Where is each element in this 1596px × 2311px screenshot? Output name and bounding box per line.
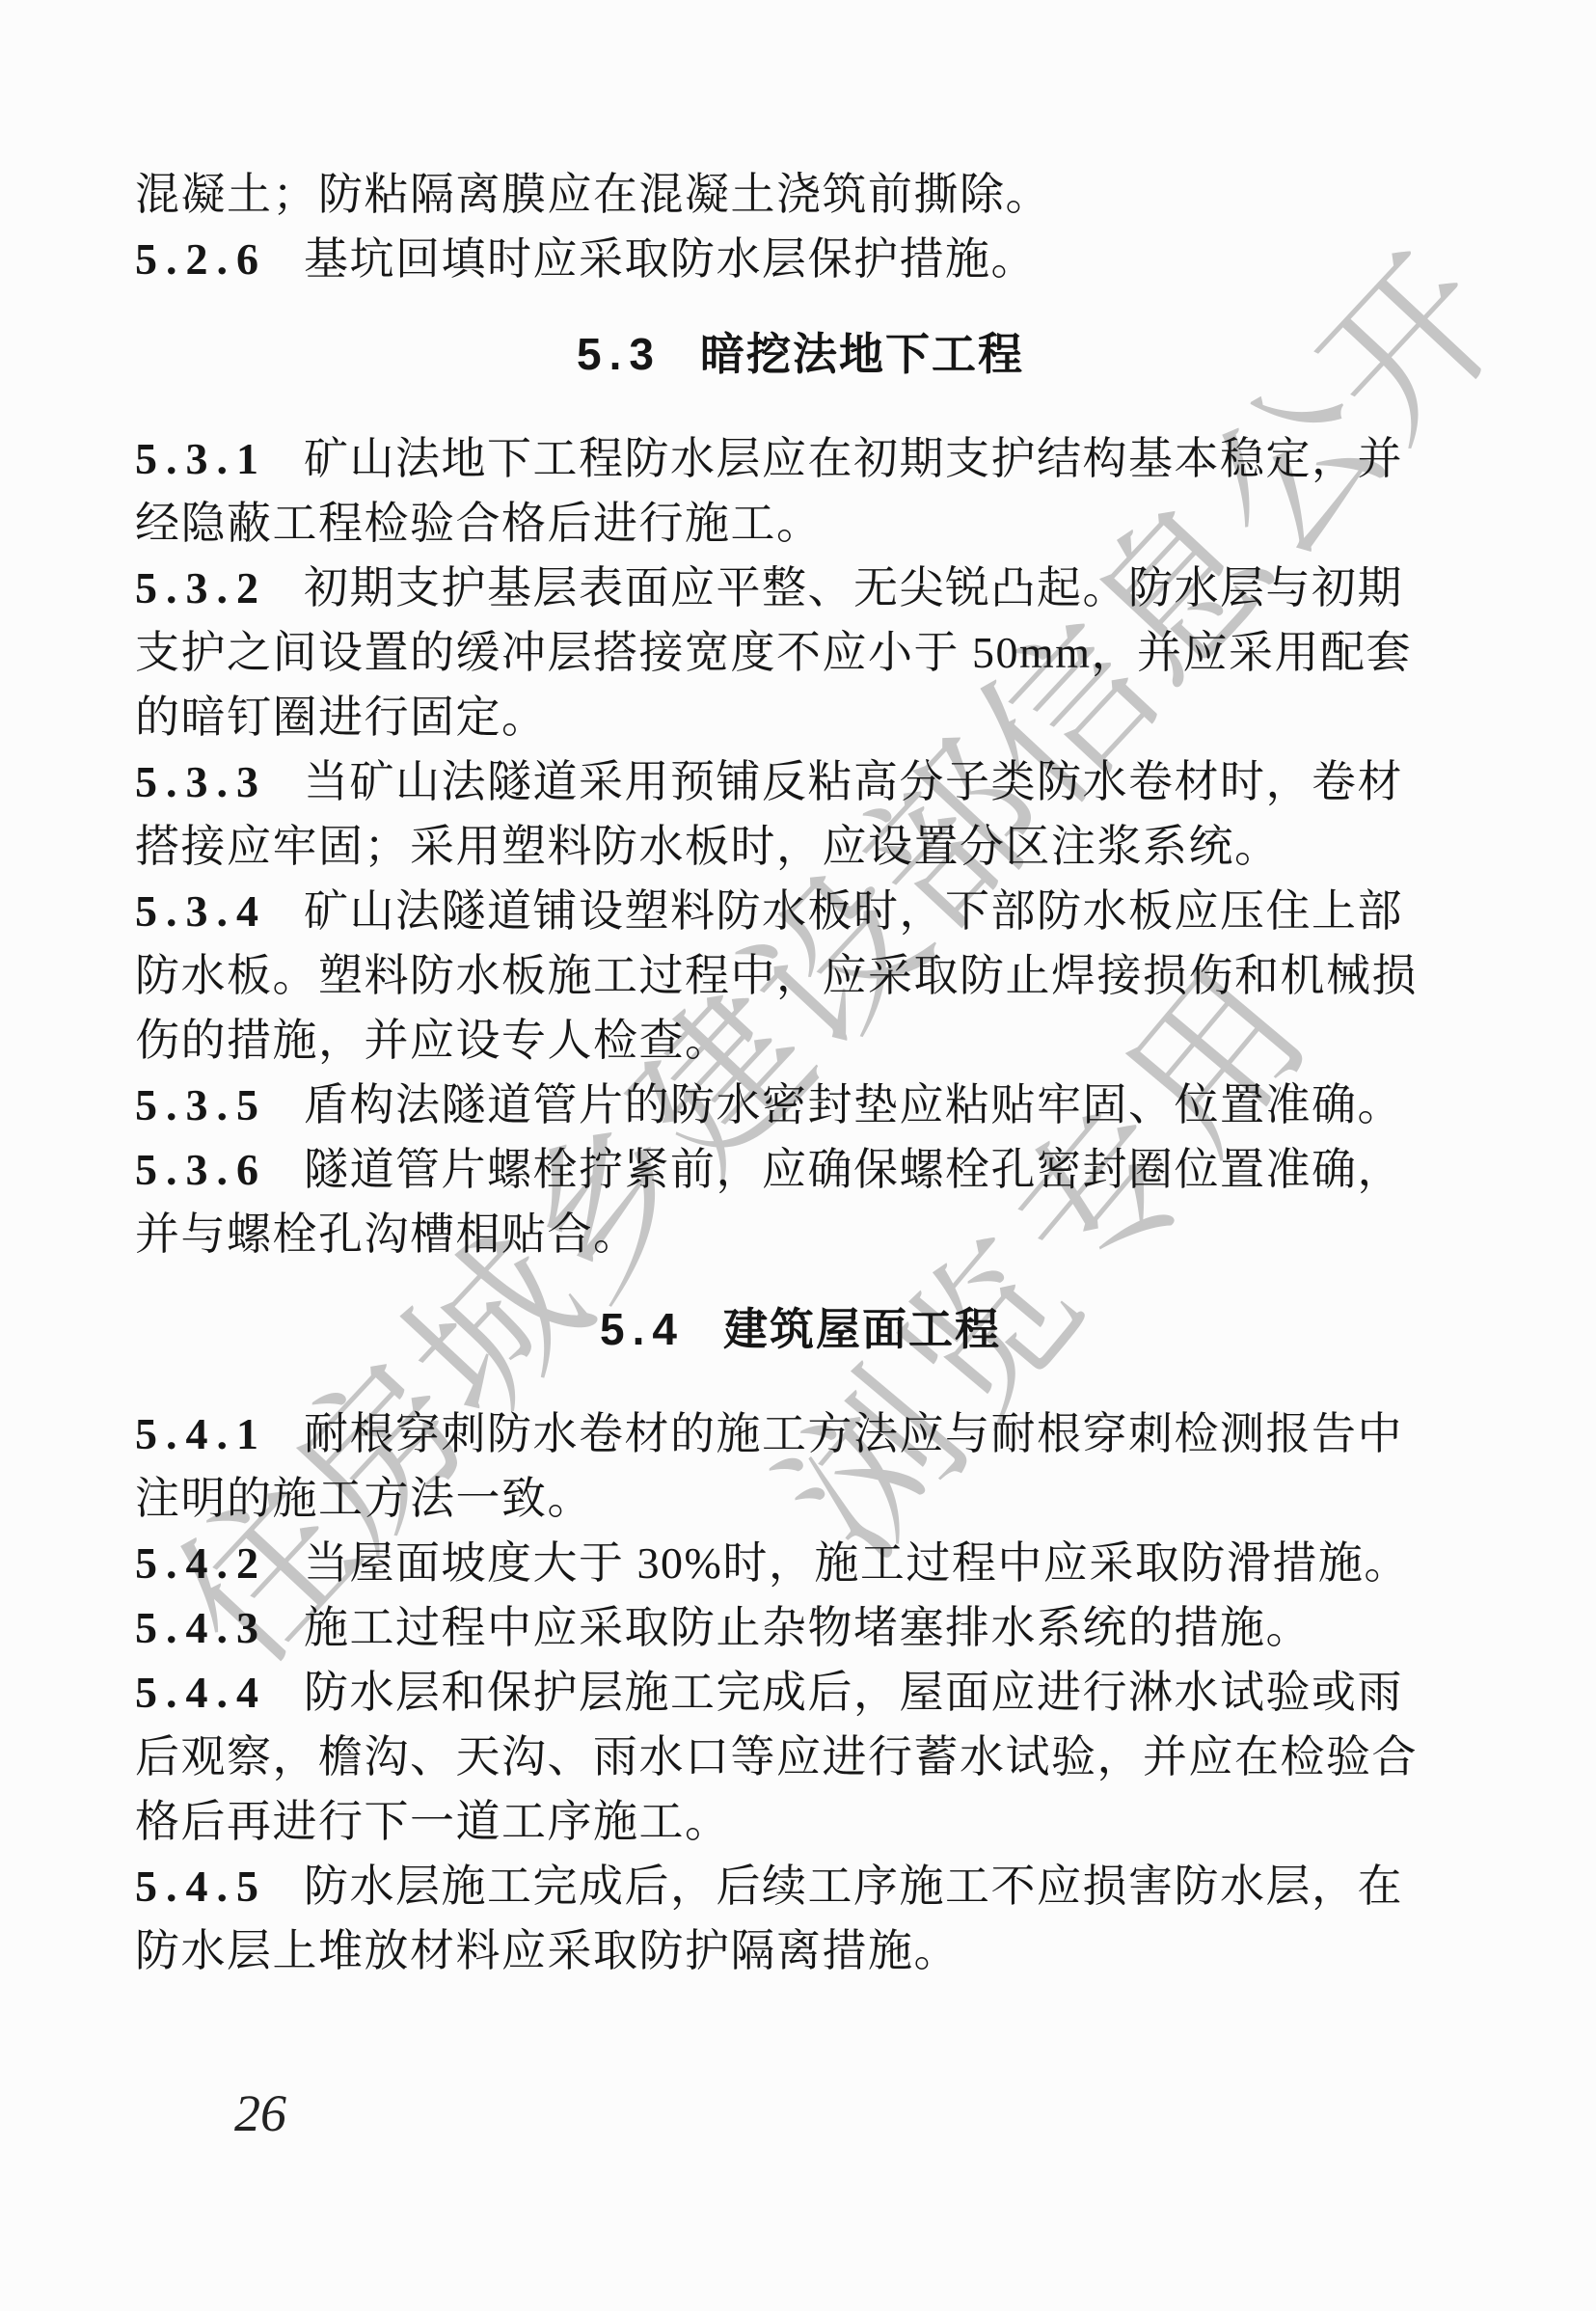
- clause-text-line: 伤的措施，并应设专人检查。: [135, 1008, 1466, 1073]
- clause-first-line: 5.4.1耐根穿刺防水卷材的施工方法应与耐根穿刺检测报告中: [135, 1401, 1466, 1466]
- clause-number: 5.2.6: [135, 234, 267, 284]
- clause-first-line: 5.3.1矿山法地下工程防水层应在初期支护结构基本稳定，并: [135, 426, 1466, 491]
- clause-text: 隧道管片螺栓拧紧前，应确保螺栓孔密封圈位置准确，: [304, 1145, 1403, 1194]
- clause-first-line: 5.4.3施工过程中应采取防止杂物堵塞排水系统的措施。: [135, 1595, 1466, 1660]
- clause-text: 盾构法隧道管片的防水密封垫应粘贴牢固、位置准确。: [304, 1080, 1403, 1129]
- clause-number: 5.4.3: [135, 1603, 267, 1652]
- clause-number: 5.4.4: [135, 1668, 267, 1717]
- clause-text-line: 的暗钉圈进行固定。: [135, 685, 1466, 749]
- clause-number: 5.3.5: [135, 1080, 267, 1129]
- clause-text: 防水层施工完成后，后续工序施工不应损害防水层，在: [304, 1862, 1403, 1911]
- clause-number: 5.4.1: [135, 1409, 267, 1458]
- clause-text-line: 防水层上堆放材料应采取防护隔离措施。: [135, 1918, 1466, 1983]
- paragraph-line: 混凝土；防粘隔离膜应在混凝土浇筑前撕除。: [135, 162, 1466, 227]
- section-title: 建筑屋面工程: [723, 1304, 1001, 1354]
- clause-text: 基坑回填时应采取防水层保护措施。: [304, 234, 1037, 284]
- clause-number: 5.3.2: [135, 563, 267, 612]
- clause-text-line: 并与螺栓孔沟槽相贴合。: [135, 1202, 1466, 1266]
- clause-text-line: 支护之间设置的缓冲层搭接宽度不应小于 50mm，并应采用配套: [135, 620, 1466, 685]
- clause-number: 5.4.5: [135, 1862, 267, 1911]
- clause-text: 矿山法地下工程防水层应在初期支护结构基本稳定，并: [304, 434, 1403, 483]
- section-heading: 5.4建筑屋面工程: [135, 1295, 1466, 1363]
- section-number: 5.4: [600, 1304, 685, 1354]
- clause-text-line: 注明的施工方法一致。: [135, 1466, 1466, 1531]
- section-heading: 5.3暗挖法地下工程: [135, 320, 1466, 388]
- clause-text: 耐根穿刺防水卷材的施工方法应与耐根穿刺检测报告中: [304, 1409, 1403, 1458]
- clause-first-line: 5.3.2初期支护基层表面应平整、无尖锐凸起。防水层与初期: [135, 556, 1466, 620]
- clause-number: 5.3.6: [135, 1145, 267, 1194]
- clause-text: 当屋面坡度大于 30%时，施工过程中应采取防滑措施。: [304, 1538, 1410, 1588]
- clause-text-line: 经隐蔽工程检验合格后进行施工。: [135, 491, 1466, 556]
- clause-first-line: 5.4.4防水层和保护层施工完成后，屋面应进行淋水试验或雨: [135, 1660, 1466, 1725]
- clause-text-line: 防水板。塑料防水板施工过程中，应采取防止焊接损伤和机械损: [135, 943, 1466, 1008]
- section-number: 5.3: [577, 329, 662, 379]
- clause-text-line: 搭接应牢固；采用塑料防水板时，应设置分区注浆系统。: [135, 814, 1466, 879]
- clause-number: 5.3.4: [135, 886, 267, 936]
- clause-text: 当矿山法隧道采用预铺反粘高分子类防水卷材时，卷材: [304, 757, 1403, 806]
- section-title: 暗挖法地下工程: [700, 329, 1024, 379]
- clause-first-line: 5.4.5防水层施工完成后，后续工序施工不应损害防水层，在: [135, 1854, 1466, 1918]
- clause-text-line: 后观察，檐沟、天沟、雨水口等应进行蓄水试验，并应在检验合: [135, 1725, 1466, 1789]
- clause-first-line: 5.2.6基坑回填时应采取防水层保护措施。: [135, 227, 1466, 291]
- document-body: 混凝土；防粘隔离膜应在混凝土浇筑前撕除。5.2.6基坑回填时应采取防水层保护措施…: [135, 162, 1466, 1983]
- clause-first-line: 5.4.2当屋面坡度大于 30%时，施工过程中应采取防滑措施。: [135, 1531, 1466, 1595]
- clause-text: 防水层和保护层施工完成后，屋面应进行淋水试验或雨: [304, 1668, 1403, 1717]
- clause-first-line: 5.3.3当矿山法隧道采用预铺反粘高分子类防水卷材时，卷材: [135, 749, 1466, 814]
- clause-first-line: 5.3.6隧道管片螺栓拧紧前，应确保螺栓孔密封圈位置准确，: [135, 1137, 1466, 1202]
- clause-first-line: 5.3.5盾构法隧道管片的防水密封垫应粘贴牢固、位置准确。: [135, 1073, 1466, 1137]
- clause-first-line: 5.3.4矿山法隧道铺设塑料防水板时，下部防水板应压住上部: [135, 879, 1466, 943]
- clause-text: 初期支护基层表面应平整、无尖锐凸起。防水层与初期: [304, 563, 1403, 612]
- scanned-document-page: 住房城乡建设部信息公开 浏览专用 混凝土；防粘隔离膜应在混凝土浇筑前撕除。5.2…: [0, 0, 1596, 2311]
- clause-number: 5.3.3: [135, 757, 267, 806]
- clause-text: 施工过程中应采取防止杂物堵塞排水系统的措施。: [304, 1603, 1312, 1652]
- clause-text-line: 格后再进行下一道工序施工。: [135, 1789, 1466, 1854]
- clause-number: 5.4.2: [135, 1538, 267, 1588]
- page-number: 26: [234, 2083, 286, 2143]
- clause-text: 矿山法隧道铺设塑料防水板时，下部防水板应压住上部: [304, 886, 1403, 936]
- clause-number: 5.3.1: [135, 434, 267, 483]
